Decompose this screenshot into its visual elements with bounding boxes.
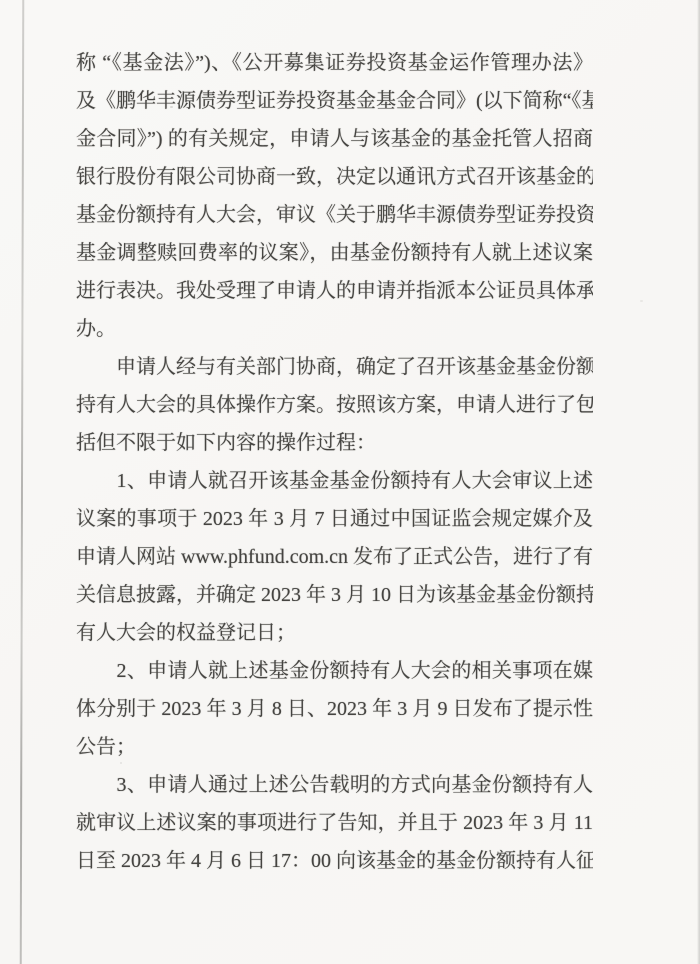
document-line: 1、申请人就召开该基金基金份额持有人大会审议上述 xyxy=(76,462,593,500)
document-line: 基金调整赎回费率的议案》，由基金份额持有人就上述议案 xyxy=(76,234,593,272)
document-line: 体分别于 2023 年 3 月 8 日、2023 年 3 月 9 日发布了提示性 xyxy=(76,690,593,728)
document-line: 公告； xyxy=(76,728,593,766)
document-line: 议案的事项于 2023 年 3 月 7 日通过中国证监会规定媒介及 xyxy=(76,500,593,538)
document-line: 括但不限于如下内容的操作过程： xyxy=(76,424,593,462)
document-line: 有人大会的权益登记日； xyxy=(76,614,593,652)
document-line: 2、申请人就上述基金份额持有人大会的相关事项在媒 xyxy=(76,652,593,690)
document-line: 就审议上述议案的事项进行了告知，并且于 2023 年 3 月 11 xyxy=(76,804,593,842)
document-text: 称 “《基金法》”)、《公开募集证券投资基金运作管理办法》 及《鹏华丰源债券型证… xyxy=(76,44,593,880)
document-line: 称 “《基金法》”)、《公开募集证券投资基金运作管理办法》 xyxy=(76,44,593,82)
document-line: 申请人网站 www.phfund.com.cn 发布了正式公告，进行了有 xyxy=(76,538,593,576)
page-fold-line xyxy=(20,0,25,964)
document-line: 关信息披露，并确定 2023 年 3 月 10 日为该基金基金份额持 xyxy=(76,576,593,614)
document-line: 及《鹏华丰源债券型证券投资基金基金合同》(以下简称“《基 xyxy=(76,82,593,120)
document-line: 日至 2023 年 4 月 6 日 17：00 向该基金的基金份额持有人征 xyxy=(76,842,593,880)
document-line: 金合同》”) 的有关规定，申请人与该基金的基金托管人招商 xyxy=(76,120,593,158)
document-line: 进行表决。我处受理了申请人的申请并指派本公证员具体承 xyxy=(76,272,593,310)
document-line: 办。 xyxy=(76,310,593,348)
document-line: 3、申请人通过上述公告载明的方式向基金份额持有人 xyxy=(76,766,593,804)
document-line: 持有人大会的具体操作方案。按照该方案，申请人进行了包 xyxy=(76,386,593,424)
document-line: 基金份额持有人大会，审议《关于鹏华丰源债券型证券投资 xyxy=(76,196,593,234)
document-line: 银行股份有限公司协商一致，决定以通讯方式召开该基金的 xyxy=(76,158,593,196)
scanned-document-page: 称 “《基金法》”)、《公开募集证券投资基金运作管理办法》 及《鹏华丰源债券型证… xyxy=(0,0,700,964)
document-line: 申请人经与有关部门协商，确定了召开该基金基金份额 xyxy=(76,348,593,386)
